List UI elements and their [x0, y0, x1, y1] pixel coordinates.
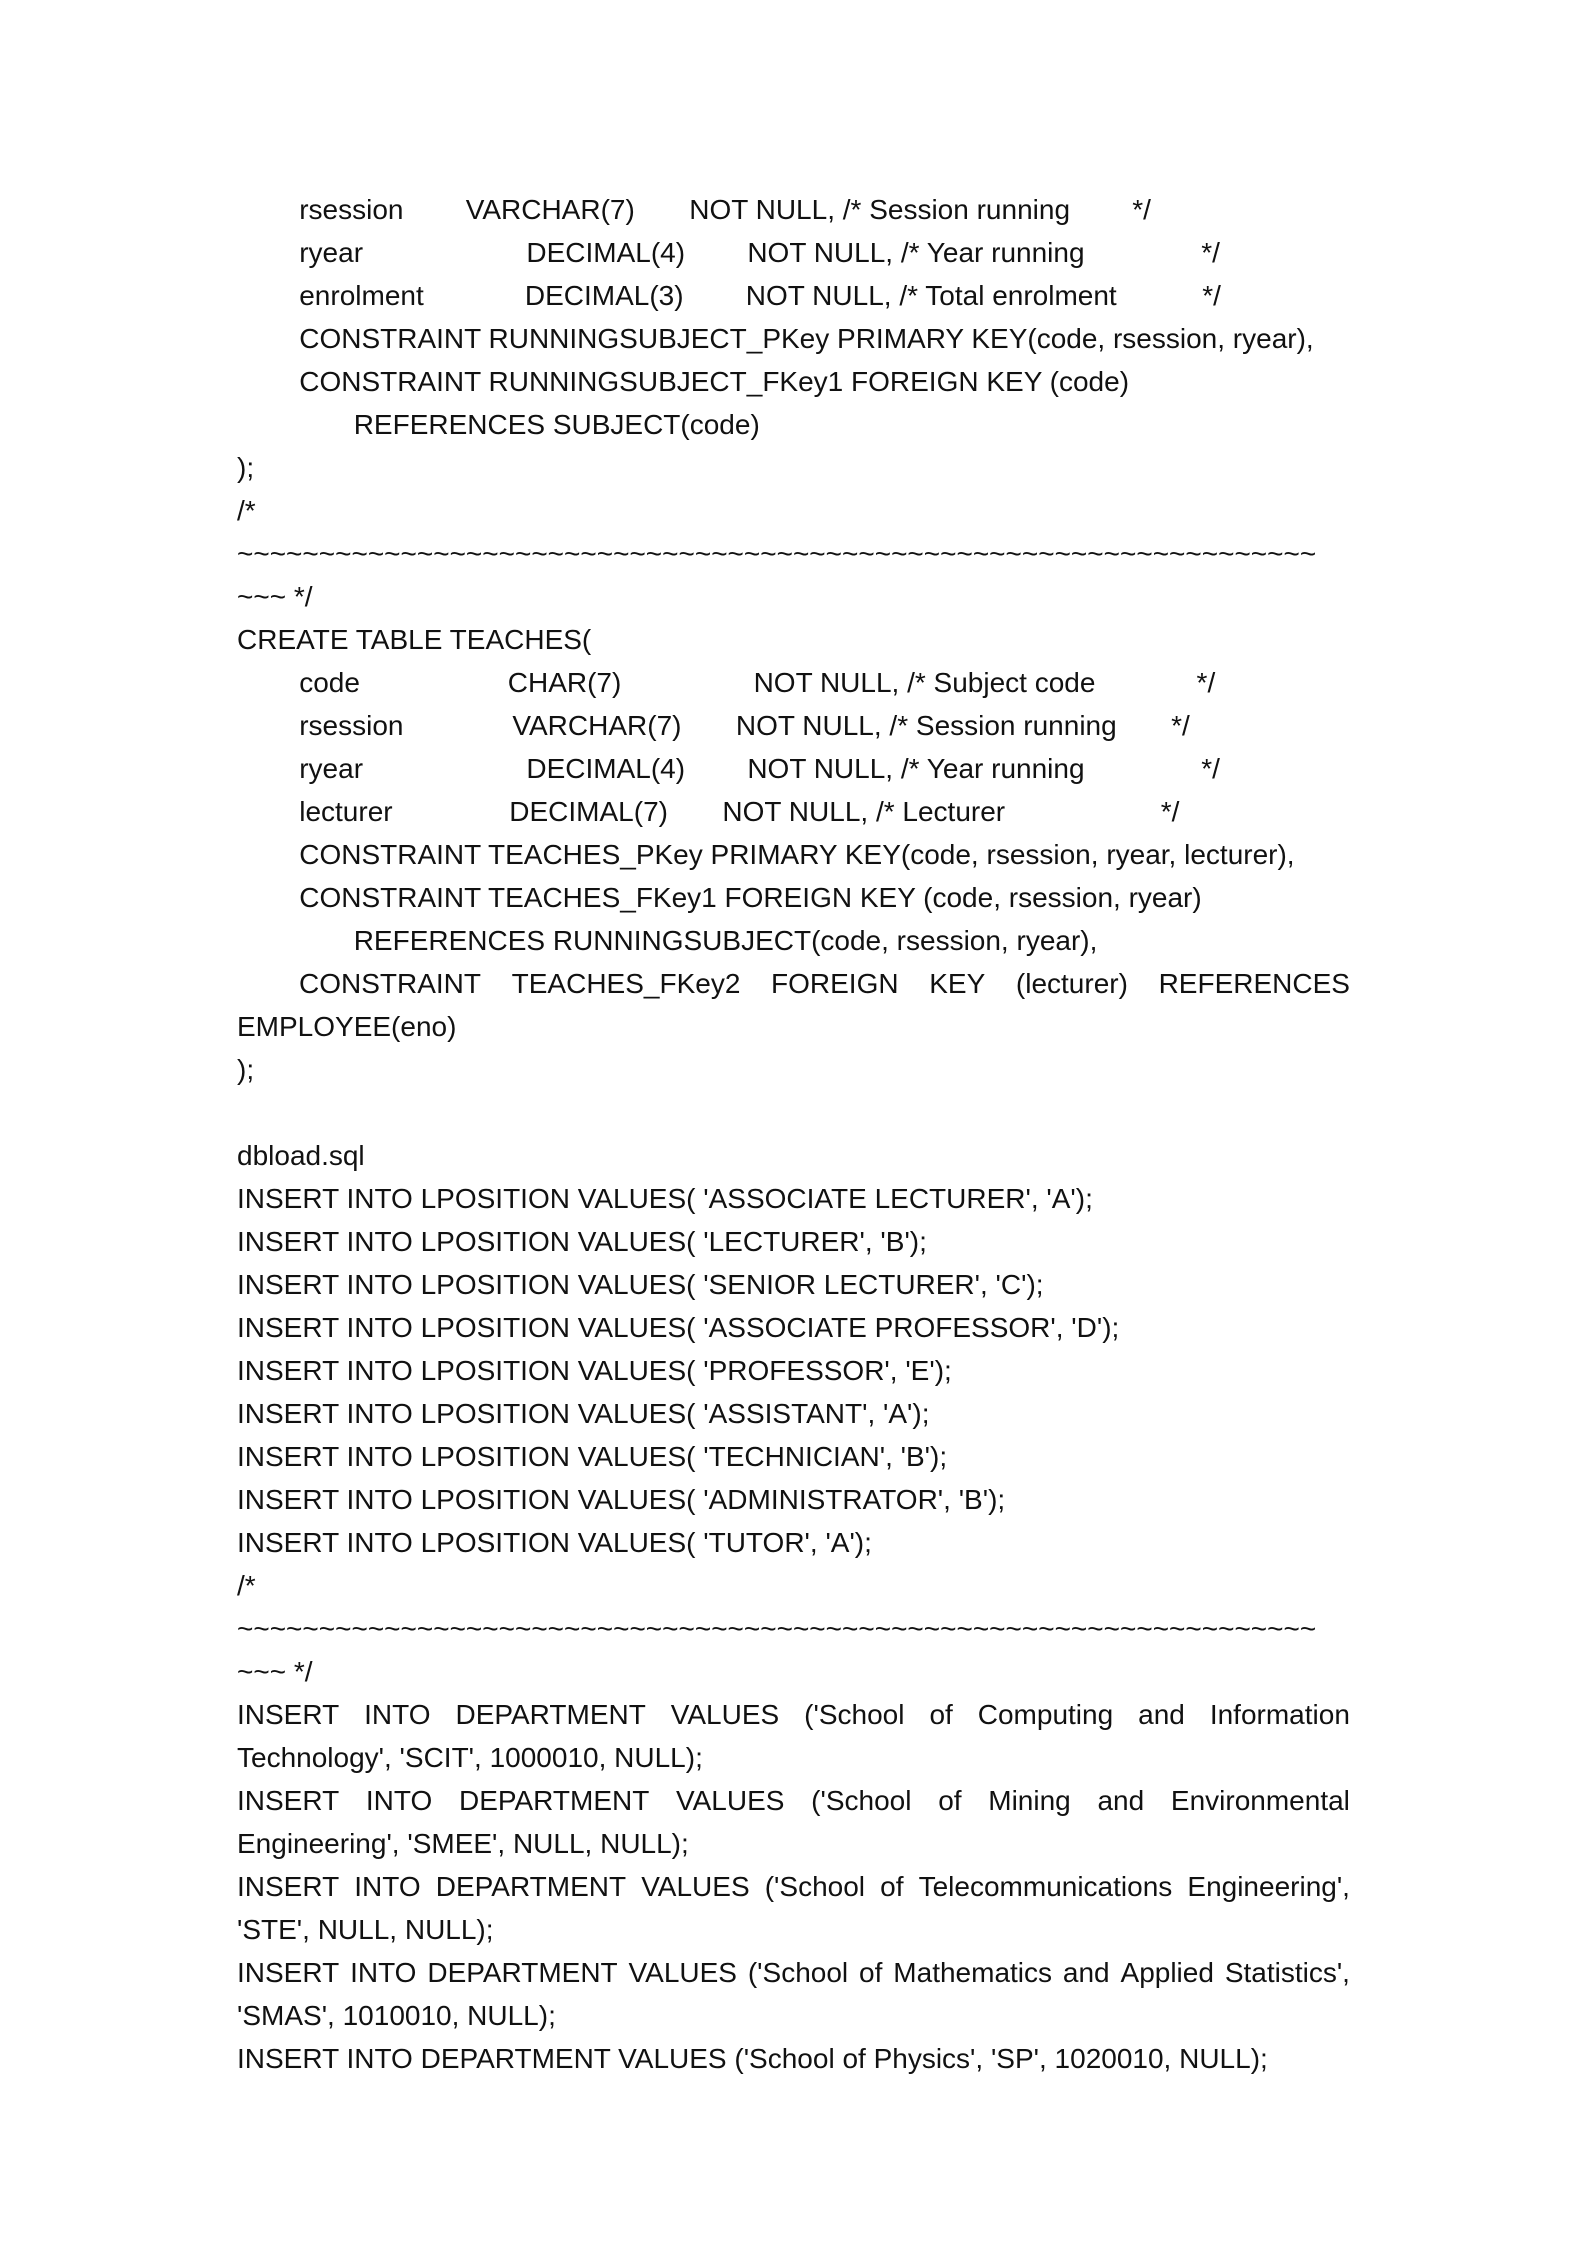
comment-open: /*: [237, 489, 1350, 532]
comment-tilde-row: ~~~~~~~~~~~~~~~~~~~~~~~~~~~~~~~~~~~~~~~~…: [237, 532, 1350, 575]
sql-insert-lposition-8: INSERT INTO LPOSITION VALUES( 'ADMINISTR…: [237, 1478, 1350, 1521]
sql-insert-lposition-7: INSERT INTO LPOSITION VALUES( 'TECHNICIA…: [237, 1435, 1350, 1478]
sql-column-def-ryear2: ryear DECIMAL(4) NOT NULL, /* Year runni…: [237, 747, 1350, 790]
sql-references2: REFERENCES RUNNINGSUBJECT(code, rsession…: [237, 919, 1350, 962]
code-word: DEPARTMENT: [436, 1865, 626, 1908]
code-word: and: [1138, 1693, 1185, 1736]
code-word: ('School: [765, 1865, 865, 1908]
code-word: INSERT: [237, 1951, 339, 1994]
sql-insert-lposition-1: INSERT INTO LPOSITION VALUES( 'ASSOCIATE…: [237, 1177, 1350, 1220]
code-word: DEPARTMENT: [459, 1779, 649, 1822]
code-word: INSERT: [237, 1693, 339, 1736]
code-word: Information: [1210, 1693, 1350, 1736]
sql-constraint-fkey1: CONSTRAINT RUNNINGSUBJECT_FKey1 FOREIGN …: [237, 360, 1350, 403]
code-word: VALUES: [629, 1951, 737, 1994]
sql-insert-lposition-3: INSERT INTO LPOSITION VALUES( 'SENIOR LE…: [237, 1263, 1350, 1306]
sql-insert-department-1a: INSERTINTODEPARTMENTVALUES('SchoolofComp…: [237, 1693, 1350, 1736]
sql-insert-department-2a: INSERTINTODEPARTMENTVALUES('SchoolofMini…: [237, 1779, 1350, 1822]
sql-constraint-fkey1b: CONSTRAINT TEACHES_FKey1 FOREIGN KEY (co…: [237, 876, 1350, 919]
sql-constraint-fkey2: CONSTRAINTTEACHES_FKey2FOREIGNKEY(lectur…: [237, 962, 1350, 1005]
filename-dbload: dbload.sql: [237, 1134, 1350, 1177]
sql-insert-lposition-5: INSERT INTO LPOSITION VALUES( 'PROFESSOR…: [237, 1349, 1350, 1392]
sql-constraint-pkey2: CONSTRAINT TEACHES_PKey PRIMARY KEY(code…: [237, 833, 1350, 876]
comment-close-2: ~~~ */: [237, 1650, 1350, 1693]
code-word: KEY: [929, 962, 985, 1005]
code-word: INSERT: [237, 1865, 339, 1908]
sql-constraint-pkey: CONSTRAINT RUNNINGSUBJECT_PKey PRIMARY K…: [237, 317, 1350, 360]
sql-column-def-lecturer: lecturer DECIMAL(7) NOT NULL, /* Lecture…: [237, 790, 1350, 833]
sql-column-def-rsession: rsession VARCHAR(7) NOT NULL, /* Session…: [237, 188, 1350, 231]
code-word: INTO: [364, 1693, 430, 1736]
sql-close-paren2: );: [237, 1048, 1350, 1091]
sql-close-paren: );: [237, 446, 1350, 489]
code-word: VALUES: [676, 1779, 784, 1822]
code-word: INSERT: [237, 1779, 339, 1822]
code-word: REFERENCES: [1159, 962, 1350, 1005]
sql-text-block: rsession VARCHAR(7) NOT NULL, /* Session…: [237, 188, 1350, 2080]
code-word: DEPARTMENT: [456, 1693, 646, 1736]
code-word: Engineering',: [1187, 1865, 1350, 1908]
document-page: rsession VARCHAR(7) NOT NULL, /* Session…: [0, 0, 1586, 2244]
sql-column-def-enrolment: enrolment DECIMAL(3) NOT NULL, /* Total …: [237, 274, 1350, 317]
blank-line: [237, 1091, 1350, 1134]
sql-insert-department-1b: Technology', 'SCIT', 1000010, NULL);: [237, 1736, 1350, 1779]
comment-open-2: /*: [237, 1564, 1350, 1607]
code-word: FOREIGN: [771, 962, 899, 1005]
sql-references: REFERENCES SUBJECT(code): [237, 403, 1350, 446]
code-word: DEPARTMENT: [427, 1951, 617, 1994]
code-word: VALUES: [641, 1865, 749, 1908]
code-word: and: [1097, 1779, 1144, 1822]
code-word: INTO: [350, 1951, 416, 1994]
code-word: ('School: [811, 1779, 911, 1822]
code-word: of: [929, 1693, 952, 1736]
sql-insert-lposition-4: INSERT INTO LPOSITION VALUES( 'ASSOCIATE…: [237, 1306, 1350, 1349]
sql-insert-department-5: INSERT INTO DEPARTMENT VALUES ('School o…: [237, 2037, 1350, 2080]
sql-column-def-rsession2: rsession VARCHAR(7) NOT NULL, /* Session…: [237, 704, 1350, 747]
sql-insert-department-4b: 'SMAS', 1010010, NULL);: [237, 1994, 1350, 2037]
code-word: Applied: [1121, 1951, 1214, 1994]
sql-insert-department-3a: INSERTINTODEPARTMENTVALUES('SchoolofTele…: [237, 1865, 1350, 1908]
code-word: ('School: [804, 1693, 904, 1736]
code-word: ('School: [748, 1951, 848, 1994]
sql-insert-lposition-6: INSERT INTO LPOSITION VALUES( 'ASSISTANT…: [237, 1392, 1350, 1435]
sql-insert-department-3b: 'STE', NULL, NULL);: [237, 1908, 1350, 1951]
code-word: Mathematics: [893, 1951, 1052, 1994]
sql-insert-lposition-9: INSERT INTO LPOSITION VALUES( 'TUTOR', '…: [237, 1521, 1350, 1564]
code-word: of: [859, 1951, 882, 1994]
code-word: Mining: [988, 1779, 1070, 1822]
code-word: INTO: [366, 1779, 432, 1822]
code-word: Statistics',: [1225, 1951, 1350, 1994]
comment-tilde-row-2: ~~~~~~~~~~~~~~~~~~~~~~~~~~~~~~~~~~~~~~~~…: [237, 1607, 1350, 1650]
code-word: Environmental: [1171, 1779, 1350, 1822]
sql-column-def-code: code CHAR(7) NOT NULL, /* Subject code *…: [237, 661, 1350, 704]
sql-insert-lposition-2: INSERT INTO LPOSITION VALUES( 'LECTURER'…: [237, 1220, 1350, 1263]
code-word: of: [880, 1865, 903, 1908]
code-word: (lecturer): [1016, 962, 1128, 1005]
comment-close: ~~~ */: [237, 575, 1350, 618]
code-word: VALUES: [671, 1693, 779, 1736]
sql-continuation: EMPLOYEE(eno): [237, 1005, 1350, 1048]
code-word: CONSTRAINT: [299, 962, 481, 1005]
sql-column-def-ryear: ryear DECIMAL(4) NOT NULL, /* Year runni…: [237, 231, 1350, 274]
code-word: Telecommunications: [919, 1865, 1173, 1908]
code-word: and: [1063, 1951, 1110, 1994]
code-word: of: [938, 1779, 961, 1822]
code-word: Computing: [978, 1693, 1113, 1736]
code-word: TEACHES_FKey2: [512, 962, 741, 1005]
sql-insert-department-4a: INSERTINTODEPARTMENTVALUES('SchoolofMath…: [237, 1951, 1350, 1994]
sql-insert-department-2b: Engineering', 'SMEE', NULL, NULL);: [237, 1822, 1350, 1865]
sql-create-table-teaches: CREATE TABLE TEACHES(: [237, 618, 1350, 661]
code-word: INTO: [354, 1865, 420, 1908]
